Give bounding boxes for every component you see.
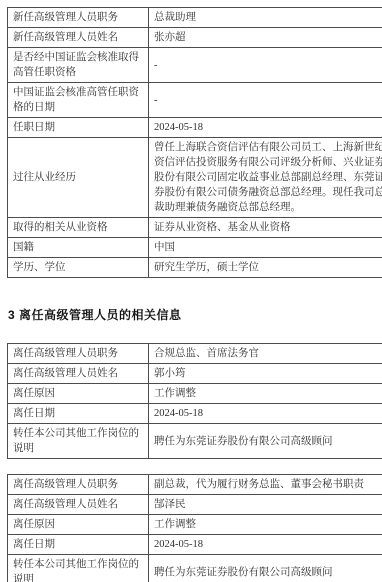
table-row: 新任高级管理人员职务 总裁助理: [8, 8, 382, 28]
row-label: 离任原因: [8, 515, 149, 535]
row-label: 取得的相关从业资格: [8, 218, 149, 238]
table-row: 离任日期 2024-05-18: [8, 535, 382, 555]
table-row: 离任原因 工作调整: [8, 515, 382, 535]
row-value: 中国: [149, 238, 382, 258]
row-label: 学历、学位: [8, 258, 149, 278]
row-label: 离任日期: [8, 535, 149, 555]
table-row: 取得的相关从业资格 证券从业资格、基金从业资格: [8, 218, 382, 238]
row-label: 新任高级管理人员职务: [8, 8, 149, 28]
row-value: 研究生学历，硕士学位: [149, 258, 382, 278]
row-value: 2024-05-18: [149, 118, 382, 138]
table-row: 新任高级管理人员姓名 张亦超: [8, 28, 382, 48]
row-value: 证券从业资格、基金从业资格: [149, 218, 382, 238]
row-label: 新任高级管理人员姓名: [8, 28, 149, 48]
row-label: 是否经中国证监会核准取得高管任职资格: [8, 48, 149, 83]
table-row: 过往从业经历 曾任上海联合资信评估有限公司员工、上海新世纪资信评估投资服务有限公…: [8, 138, 382, 218]
row-label: 转任本公司其他工作岗位的说明: [8, 555, 149, 582]
table-row: 是否经中国证监会核准取得高管任职资格 -: [8, 48, 382, 83]
row-value: 郜泽民: [149, 495, 382, 515]
row-label: 转任本公司其他工作岗位的说明: [8, 424, 149, 459]
table-row: 学历、学位 研究生学历，硕士学位: [8, 258, 382, 278]
table-row: 转任本公司其他工作岗位的说明 聘任为东莞证券股份有限公司高级顾问: [8, 424, 382, 459]
row-value: 张亦超: [149, 28, 382, 48]
section-heading: 3 离任高级管理人员的相关信息: [8, 306, 371, 323]
row-label: 中国证监会核准高管任职资格的日期: [8, 83, 149, 118]
row-label: 国籍: [8, 238, 149, 258]
departing-officer-table-2: 离任高级管理人员职务 副总裁，代为履行财务总监、董事会秘书职责 离任高级管理人员…: [7, 474, 382, 582]
row-label: 离任高级管理人员姓名: [8, 495, 149, 515]
table-row: 离任高级管理人员姓名 郜泽民: [8, 495, 382, 515]
table-row: 离任高级管理人员姓名 郭小筠: [8, 364, 382, 384]
table-row: 转任本公司其他工作岗位的说明 聘任为东莞证券股份有限公司高级顾问: [8, 555, 382, 582]
departing-officer-table-1: 离任高级管理人员职务 合规总监、首席法务官 离任高级管理人员姓名 郭小筠 离任原…: [7, 343, 382, 459]
document-page: 新任高级管理人员职务 总裁助理 新任高级管理人员姓名 张亦超 是否经中国证监会核…: [0, 0, 382, 582]
row-label: 离任高级管理人员姓名: [8, 364, 149, 384]
new-officer-info-table: 新任高级管理人员职务 总裁助理 新任高级管理人员姓名 张亦超 是否经中国证监会核…: [7, 7, 382, 278]
row-label: 离任日期: [8, 404, 149, 424]
row-label: 过往从业经历: [8, 138, 149, 218]
table-row: 国籍 中国: [8, 238, 382, 258]
row-value: 2024-05-18: [149, 404, 382, 424]
row-label: 离任高级管理人员职务: [8, 344, 149, 364]
row-value: 聘任为东莞证券股份有限公司高级顾问: [149, 424, 382, 459]
row-value: 工作调整: [149, 515, 382, 535]
table-row: 中国证监会核准高管任职资格的日期 -: [8, 83, 382, 118]
row-value: 曾任上海联合资信评估有限公司员工、上海新世纪资信评估投资服务有限公司评级分析师、…: [149, 138, 382, 218]
row-value: 工作调整: [149, 384, 382, 404]
table-row: 离任高级管理人员职务 合规总监、首席法务官: [8, 344, 382, 364]
row-value: 聘任为东莞证券股份有限公司高级顾问: [149, 555, 382, 582]
table-row: 离任高级管理人员职务 副总裁，代为履行财务总监、董事会秘书职责: [8, 475, 382, 495]
row-value: 副总裁，代为履行财务总监、董事会秘书职责: [149, 475, 382, 495]
row-label: 离任原因: [8, 384, 149, 404]
row-value: -: [149, 83, 382, 118]
row-label: 离任高级管理人员职务: [8, 475, 149, 495]
table-row: 任职日期 2024-05-18: [8, 118, 382, 138]
table-row: 离任日期 2024-05-18: [8, 404, 382, 424]
row-value: 合规总监、首席法务官: [149, 344, 382, 364]
row-value: 总裁助理: [149, 8, 382, 28]
table-row: 离任原因 工作调整: [8, 384, 382, 404]
row-label: 任职日期: [8, 118, 149, 138]
row-value: 2024-05-18: [149, 535, 382, 555]
row-value: 郭小筠: [149, 364, 382, 384]
row-value: -: [149, 48, 382, 83]
